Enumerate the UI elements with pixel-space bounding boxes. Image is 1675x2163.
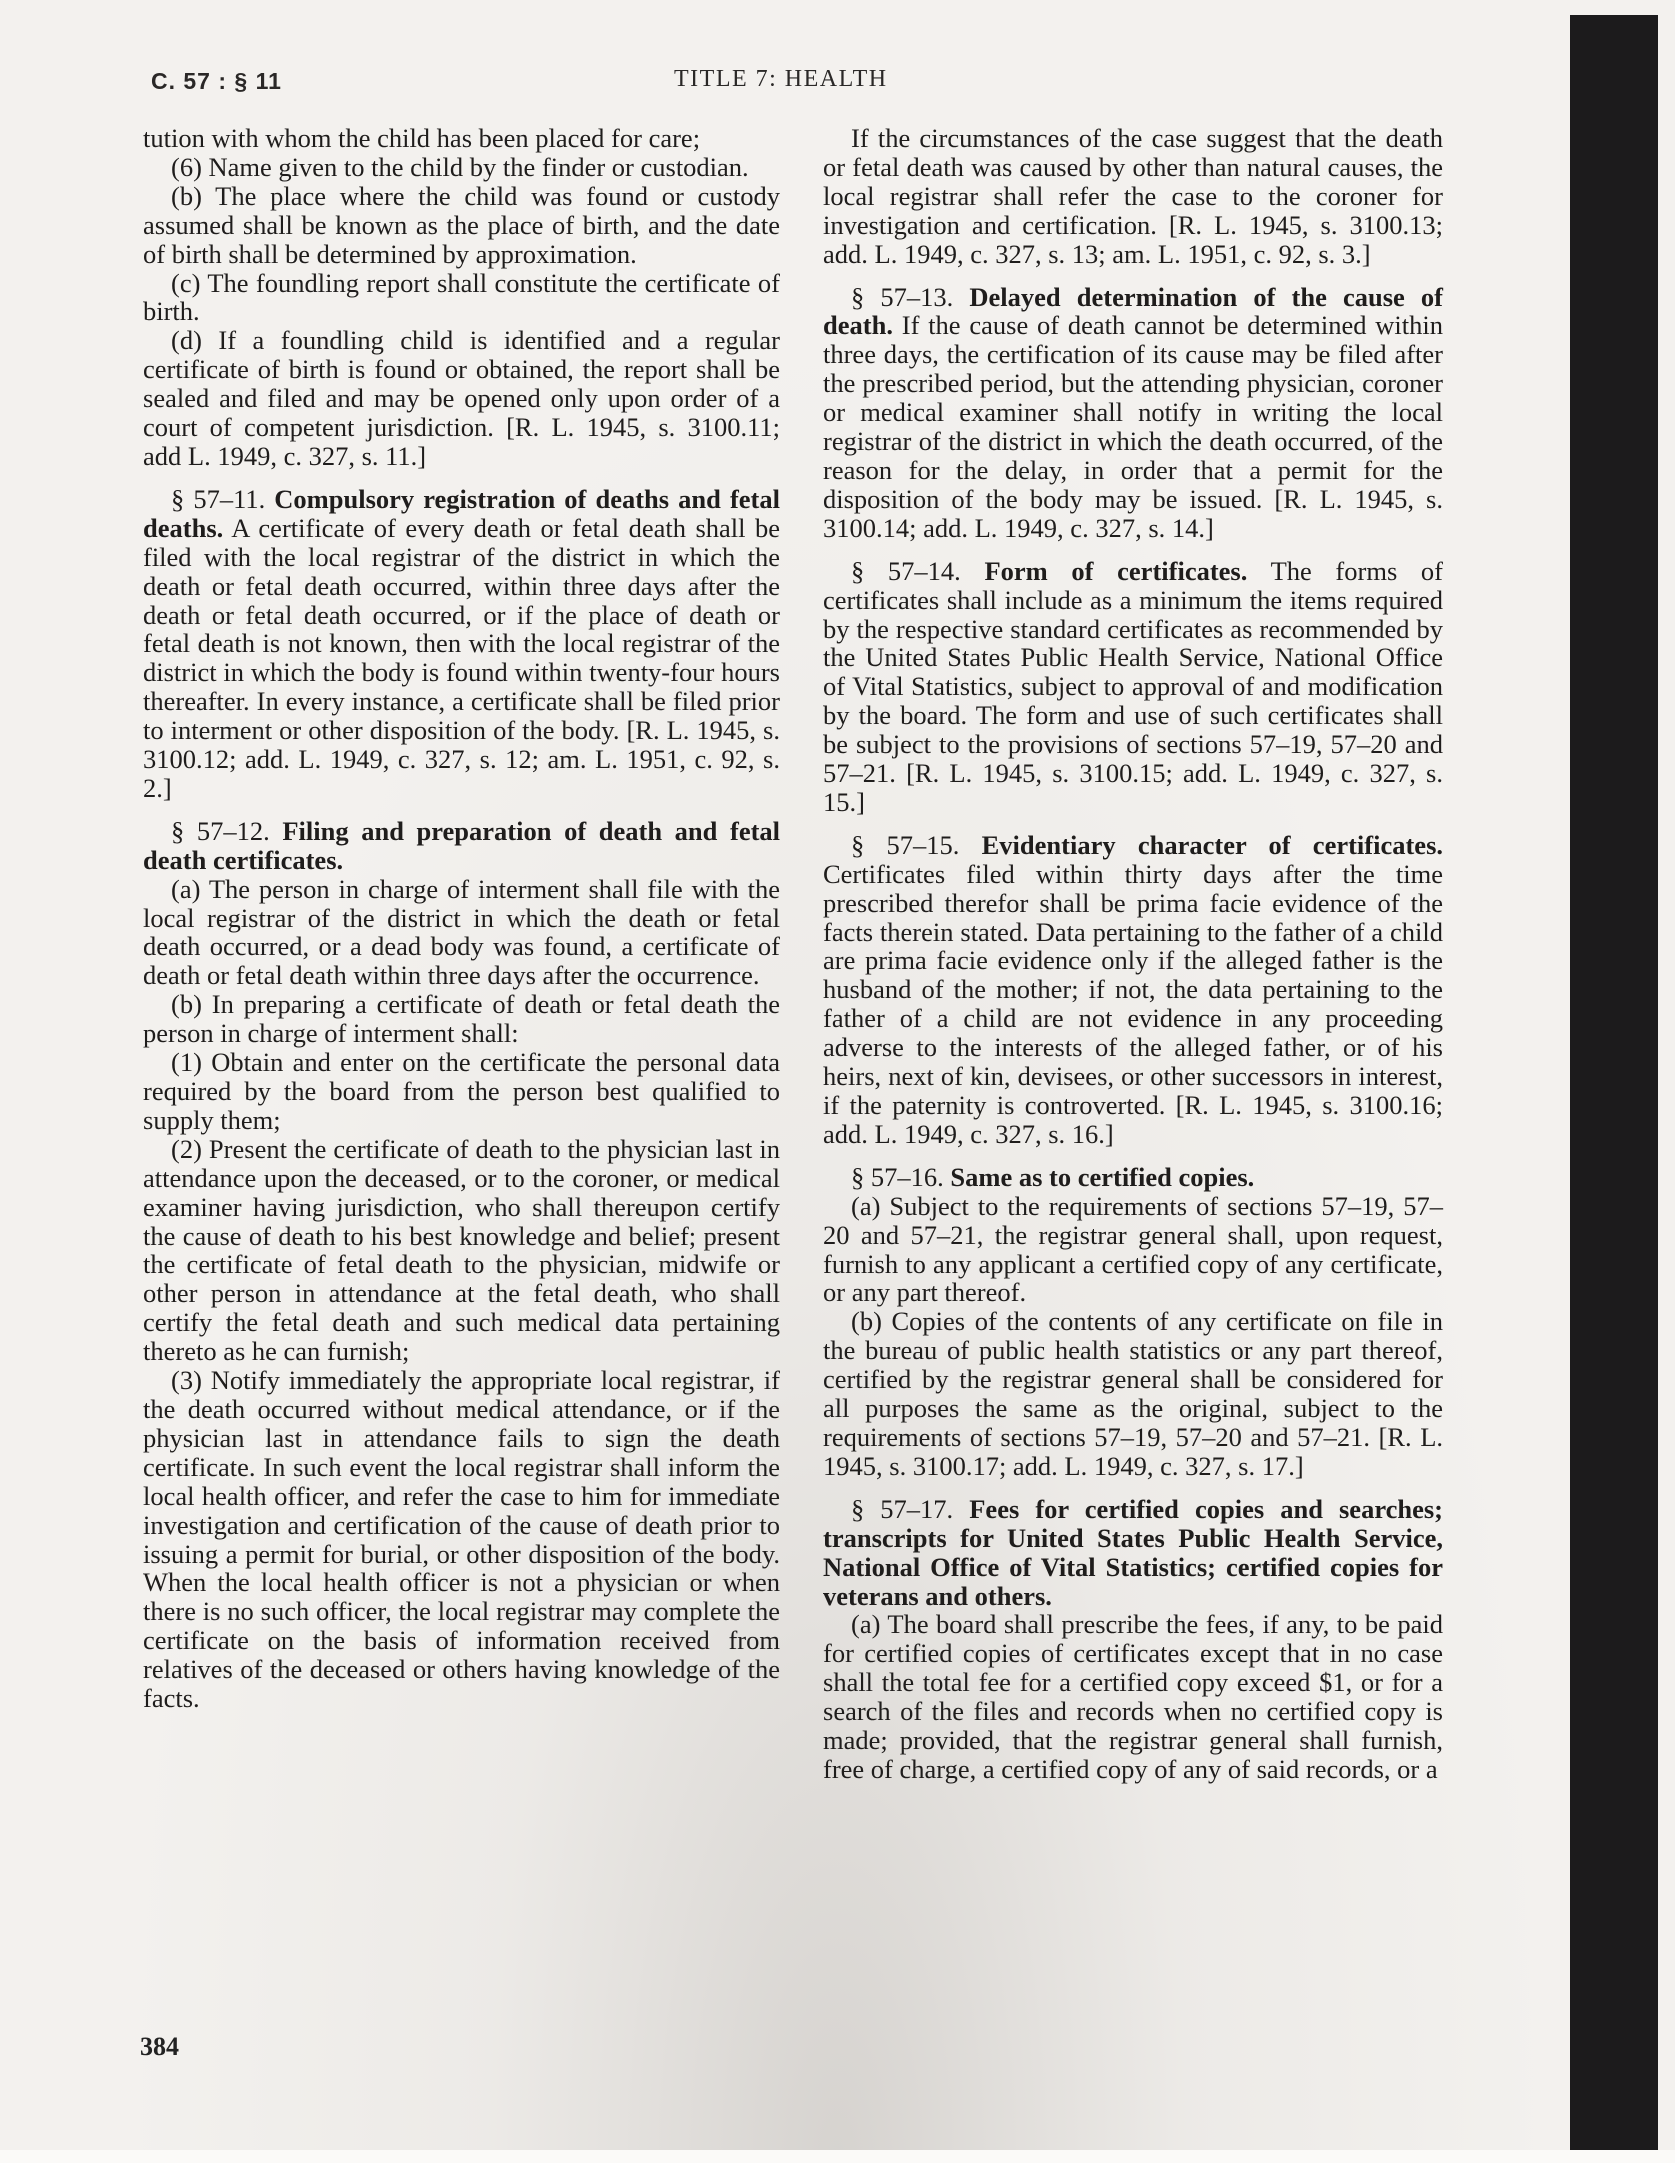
item-paragraph: (2) Present the certificate of death to … (143, 1135, 780, 1366)
section-57-13: § 57–13. Delayed determination of the ca… (823, 283, 1443, 543)
section-body: Certificates filed within thirty days af… (823, 859, 1443, 1149)
running-header: C. 57 : § 11 TITLE 7: HEALTH (151, 66, 1551, 106)
section-title: Same as to certified copies. (950, 1162, 1254, 1192)
item-paragraph: (b) Copies of the contents of any certif… (823, 1307, 1443, 1480)
section-number: § 57–12. (171, 816, 270, 846)
section-number: § 57–15. (851, 830, 959, 860)
section-number: § 57–11. (171, 484, 265, 514)
scan-bottom-edge (0, 2150, 1675, 2163)
section-body: If the cause of death cannot be determin… (823, 310, 1443, 542)
section-body: The forms of certificates shall include … (823, 556, 1443, 817)
item-paragraph: (b) The place where the child was found … (143, 182, 780, 269)
item-paragraph: (c) The foundling report shall constitut… (143, 269, 780, 327)
item-paragraph: (b) In preparing a certificate of death … (143, 990, 780, 1048)
section-57-17: § 57–17. Fees for certified copies and s… (823, 1495, 1443, 1784)
right-column: If the circumstances of the case suggest… (823, 124, 1443, 1784)
continuation-paragraph: tution with whom the child has been plac… (143, 124, 780, 153)
section-57-15: § 57–15. Evidentiary character of certif… (823, 831, 1443, 1149)
item-paragraph: (d) If a foundling child is identified a… (143, 326, 780, 471)
item-paragraph: If the circumstances of the case suggest… (823, 124, 1443, 269)
item-paragraph: (3) Notify immediately the appropriate l… (143, 1366, 780, 1713)
section-body: A certificate of every death or fetal de… (143, 513, 780, 803)
item-paragraph: (a) The person in charge of interment sh… (143, 875, 780, 991)
title-heading: TITLE 7: HEALTH (674, 66, 888, 93)
item-paragraph: (6) Name given to the child by the finde… (143, 153, 780, 182)
section-57-11: § 57–11. Compulsory registration of deat… (143, 485, 780, 803)
section-title: Evidentiary character of certificates. (982, 830, 1443, 860)
chapter-section-reference: C. 57 : § 11 (151, 68, 282, 95)
left-column: tution with whom the child has been plac… (143, 124, 780, 1713)
section-number: § 57–13. (851, 282, 953, 312)
item-paragraph: (1) Obtain and enter on the certificate … (143, 1048, 780, 1135)
section-57-14: § 57–14. Form of certificates. The forms… (823, 557, 1443, 817)
scan-edge-black-band (1570, 15, 1658, 2150)
item-paragraph: (a) The board shall prescribe the fees, … (823, 1610, 1443, 1783)
page-number: 384 (140, 2032, 179, 2062)
section-number: § 57–17. (851, 1494, 953, 1524)
item-paragraph: (a) Subject to the requirements of secti… (823, 1192, 1443, 1308)
section-number: § 57–16. (851, 1162, 944, 1192)
section-57-16: § 57–16. Same as to certified copies. (a… (823, 1163, 1443, 1481)
section-title: Form of certificates. (984, 556, 1247, 586)
section-number: § 57–14. (851, 556, 961, 586)
section-57-12: § 57–12. Filing and preparation of death… (143, 817, 780, 1713)
